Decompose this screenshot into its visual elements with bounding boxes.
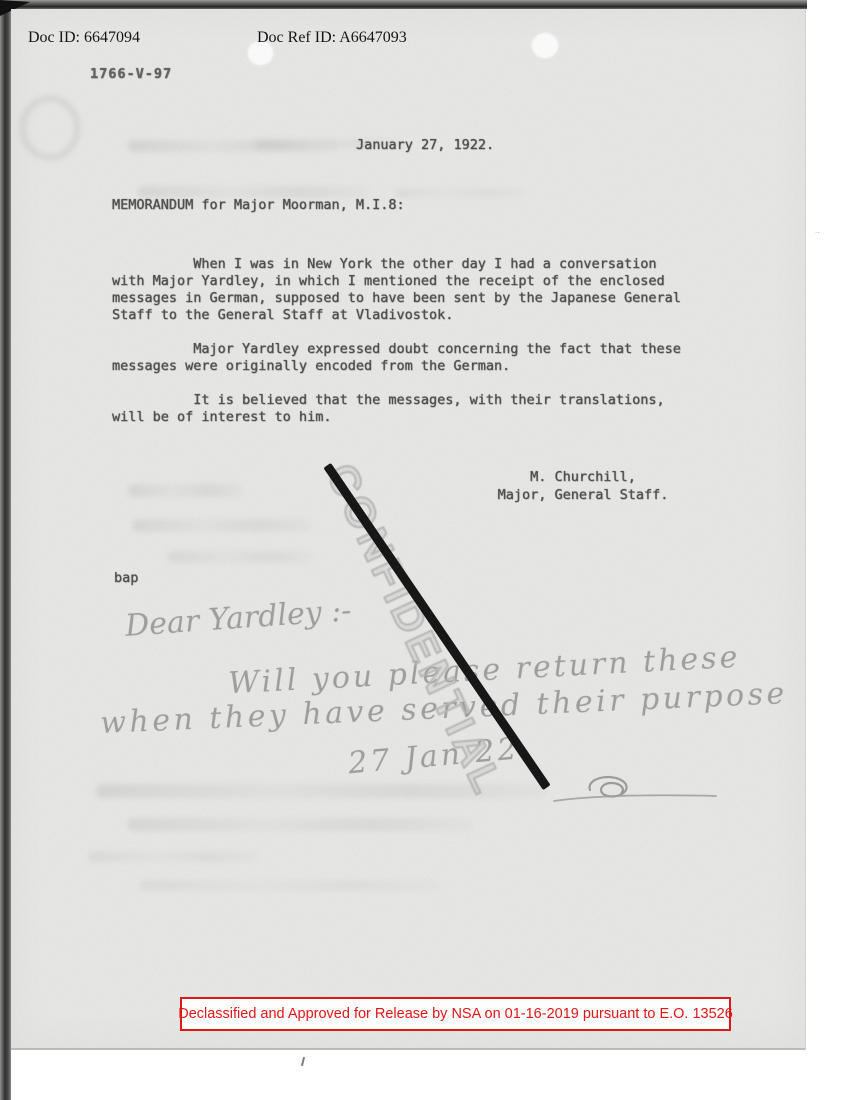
memo-addressee-line: MEMORANDUM for Major Moorman, M.I.8: <box>112 197 405 214</box>
memo-paragraph-1: When I was in New York the other day I h… <box>112 256 681 324</box>
memo-paragraph-3: It is believed that the messages, with t… <box>112 392 665 426</box>
scan-left-edge <box>0 0 11 1100</box>
smudge <box>132 519 312 532</box>
scanned-document-viewer: { "header": { "doc_id": "Doc ID: 6647094… <box>0 0 850 1100</box>
typist-initials: bap <box>114 570 138 587</box>
memo-paragraph-2: Major Yardley expressed doubt concerning… <box>112 341 681 375</box>
signature-scribble <box>550 768 720 815</box>
smudge <box>168 551 313 563</box>
signature-title: Major, General Staff. <box>498 487 669 503</box>
smudge <box>128 484 243 497</box>
scan-top-edge <box>0 0 807 9</box>
dust-specks: .. <box>815 226 819 235</box>
signature-name: M. Churchill, <box>530 469 636 485</box>
smudge <box>395 188 525 198</box>
declassification-banner: Declassified and Approved for Release by… <box>180 997 731 1031</box>
smudge <box>140 880 440 891</box>
smudge <box>128 818 473 831</box>
file-number: 1766-V-97 <box>90 66 172 83</box>
doc-ref-id-label: Doc Ref ID: A6647093 <box>257 29 407 47</box>
signature-block: M. Churchill,Major, General Staff. <box>493 469 673 504</box>
stray-pen-mark <box>301 1057 305 1066</box>
punch-hole-right <box>532 33 558 58</box>
smudge-ring <box>20 96 80 160</box>
smudge <box>88 851 258 862</box>
scan-page <box>11 9 805 1050</box>
date-line: January 27, 1922. <box>356 137 494 154</box>
doc-id-label: Doc ID: 6647094 <box>28 29 140 47</box>
declassification-text: Declassified and Approved for Release by… <box>178 1006 733 1022</box>
